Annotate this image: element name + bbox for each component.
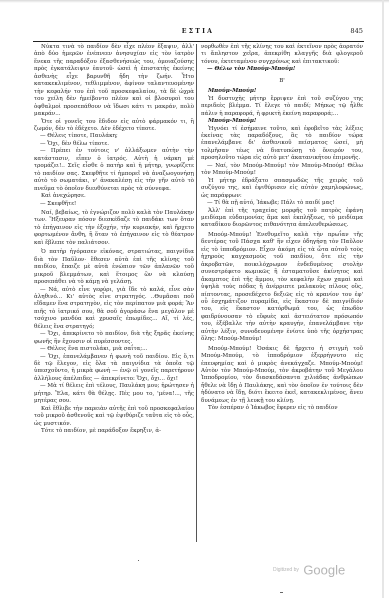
paragraph: Καὶ ἀνεχώρησε. [34,193,194,200]
running-header: ΕΣΤΙΑ 845 [33,27,363,39]
dialogue-line: — Θέλεις ἕνα πιστολάκι, μιὰ σαΐτα;... [34,346,194,353]
dialogue-line: — Νά, αὐτὸ εἶνε γεφύρι, γιὰ ἴδε τὸ καλά,… [34,287,194,332]
paragraph: Τὸν ἑσπέραν ὁ Ἰάκωβος ἔφερεν εἰς τὸ παιδ… [201,405,363,412]
dialogue-line: — Θέλεις τίποτε, Παυλάκη; [34,133,194,140]
paragraph: Μπούμ-Μπούμ! Ἐνεθυμεῖτο καλὰ τὴν πρωΐαν … [201,232,363,344]
page-right-edge [382,0,384,598]
right-column: νορθωθὲν ἐπὶ τῆς κλίνης του καὶ ἐκτεῖνον… [201,44,363,413]
dialogue-line: — Ὄχι, ἐπανελάμβανεν ἡ φωνὴ τοῦ παιδίου.… [34,354,194,384]
journal-title: ΕΣΤΙΑ [33,28,363,35]
scan-speck [280,592,283,593]
paragraph: Καὶ ἔθλιβε τὴν παρειὰν αὐτῆς ἐπὶ τοῦ προ… [34,406,194,428]
paragraph: Ὁ πατὴρ ἠγόρασεν εἰκόνας, στρατιώτας, πα… [34,249,194,286]
paragraph: Ἡ δυστυχὴς μήτηρ ἔρριψεν ἐπὶ τοῦ συζύγου… [201,96,363,118]
dialogue-line: — Θέλω τὸν Μπούμ-Μπούμ! [201,66,363,73]
paragraph: Τότε τὸ παιδίον, μὲ παράδοξον ἔκρηξιν, ἀ… [34,428,194,435]
exclamation: Μπούμ-Μπούμ! [201,88,363,95]
google-logo-text: Google [303,562,345,577]
paragraph: Νύκτα τινὰ τὸ παιδίον δὲν εἶχε πλέον ἔξα… [34,44,194,119]
paragraph: Ἠγνόει τί ἐσήμαινε τοῦτο, καὶ ἐφοβεῖτο τ… [201,126,363,163]
dialogue-line: — Πρέπει ἐν τούτοις ν' ἀλλάξωμεν αὐτὴν τ… [34,148,194,193]
dialogue-line: — Ὄχι, ἀπεκρίνετο τὸ παιδίον, διὰ τῆς ξη… [34,331,194,346]
paragraph: Ἀλλ' ἐπὶ τῆς τραχείας μορφῆς τοῦ πατρὸς … [201,208,363,230]
column-divider [196,44,197,542]
dialogue-line: — Σκεφθῆτε! [34,201,194,208]
section-marker: Β' [201,78,363,85]
paragraph: Ἡ μήτηρ ἐδράξατο σπασμωδῶς τῆς χειρὸς το… [201,178,363,200]
watermark-prefix: Digitized by [273,567,299,573]
header-rule [33,41,364,42]
paragraph: Ναί, βεβαίως, τὸ ἐγνώριζον πολὺ καλὰ τὸν… [34,210,194,247]
page-number: 845 [350,27,363,35]
dialogue-line: — Τί θὰ πῇ αὐτό, Ἰάκωβε; Πάλι τὸ παιδί μ… [201,200,363,207]
left-column: Νύκτα τινὰ τὸ παιδίον δὲν εἶχε πλέον ἔξα… [34,44,194,436]
paragraph: Μπούμ-Μπούμ! Ὁσάκις δὲ ἤρχετο ἡ στιγμὴ τ… [201,346,363,406]
dialogue-line: — Ναί, τὸν Μπούμ-Μπούμ! τὸν Μπούμ-Μπούμ!… [201,163,363,178]
page-top-edge [0,0,389,3]
scan-speck [138,560,139,561]
google-watermark: Digitized by Google [273,561,345,579]
exclamation: Μπούμ-Μπούμ! [201,118,363,125]
dialogue-line: — Μὰ τί θέλεις ἐπὶ τέλους, Παυλάκη μου; … [34,383,194,405]
emphasis: — Θέλω τὸν Μπούμ-Μπούμ! [207,66,295,72]
paragraph: Ὅτε οἱ γονεῖς του ἔδιδον εἰς αὐτὸ φάρμακ… [34,119,194,134]
paragraph: νορθωθὲν ἐπὶ τῆς κλίνης του καὶ ἐκτεῖνον… [201,44,363,66]
